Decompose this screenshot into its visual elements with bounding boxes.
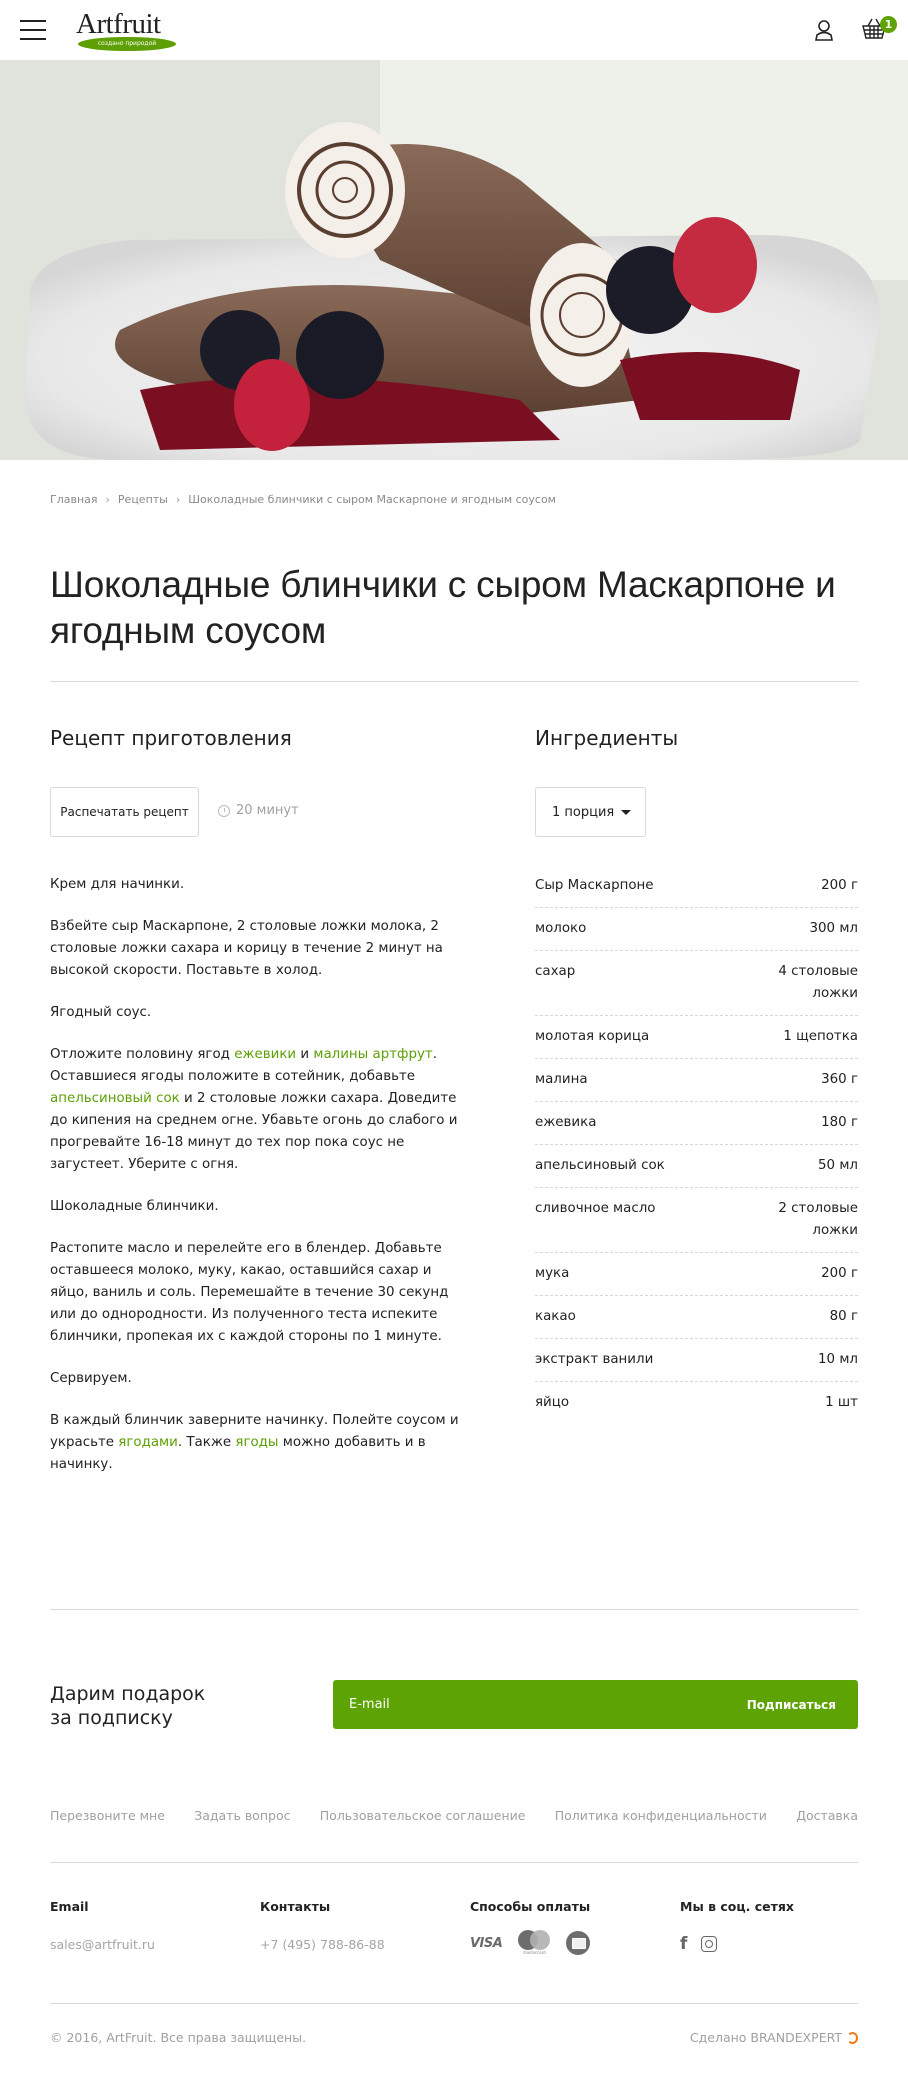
- breadcrumb-separator: ›: [176, 493, 180, 506]
- ingredient-qty: 180 г: [821, 1112, 858, 1134]
- footer-link-delivery[interactable]: Доставка: [796, 1808, 858, 1823]
- ingredient-row: молоко300 мл: [535, 917, 858, 951]
- footer-link-agreement[interactable]: Пользовательское соглашение: [320, 1808, 526, 1823]
- ingredient-qty: 200 г: [821, 1263, 858, 1285]
- recipe-steps: Крем для начинки.Взбейте сыр Маскарпоне,…: [50, 874, 460, 1496]
- ingredients-list: Сыр Маскарпоне200 гмолоко300 млсахар4 ст…: [535, 874, 858, 1433]
- clock-icon: [218, 805, 230, 817]
- divider: [50, 2003, 858, 2004]
- ingredient-qty: 1 шт: [825, 1392, 858, 1414]
- recipe-paragraph: Взбейте сыр Маскарпоне, 2 столовые ложки…: [50, 916, 460, 982]
- ingredient-link[interactable]: ежевики: [234, 1047, 296, 1062]
- divider: [50, 681, 858, 682]
- ingredient-name: сливочное масло: [535, 1198, 655, 1242]
- ingredient-qty: 50 мл: [818, 1155, 858, 1177]
- wallet-icon: [566, 1931, 590, 1955]
- facebook-icon[interactable]: f: [680, 1934, 687, 1954]
- ingredient-name: молоко: [535, 918, 586, 940]
- breadcrumb-current: Шоколадные блинчики с сыром Маскарпоне и…: [188, 493, 556, 506]
- breadcrumb-home[interactable]: Главная: [50, 493, 98, 506]
- ingredient-row: сливочное масло2 столовые ложки: [535, 1197, 858, 1253]
- user-icon[interactable]: [812, 18, 836, 42]
- instagram-icon[interactable]: [701, 1936, 717, 1952]
- ingredient-name: апельсиновый сок: [535, 1155, 665, 1177]
- logo[interactable]: Artfruit создано природой: [74, 10, 178, 52]
- recipe-text: и: [296, 1047, 313, 1062]
- recipe-paragraph: В каждый блинчик заверните начинку. Поле…: [50, 1410, 460, 1476]
- footer-payment-heading: Способы оплаты: [470, 1899, 590, 1914]
- ingredient-qty: 80 г: [830, 1306, 858, 1328]
- breadcrumb-recipes[interactable]: Рецепты: [118, 493, 168, 506]
- subscribe-title-line: за подписку: [50, 1706, 205, 1730]
- page-title: Шоколадные блинчики с сыром Маскарпоне и…: [50, 562, 870, 654]
- ingredient-row: молотая корица1 щепотка: [535, 1025, 858, 1059]
- ingredient-link[interactable]: апельсиновый сок: [50, 1091, 180, 1106]
- mastercard-icon: mastercard: [518, 1930, 550, 1956]
- ingredient-qty: 4 столовые ложки: [778, 961, 858, 1005]
- ingredients-heading: Ингредиенты: [535, 726, 678, 750]
- recipe-paragraph: Отложите половину ягод ежевики и малины …: [50, 1044, 460, 1176]
- subscribe-form: Подписаться: [333, 1680, 858, 1729]
- ingredient-name: яйцо: [535, 1392, 569, 1414]
- ingredient-qty: 1 щепотка: [783, 1026, 858, 1048]
- ingredient-link[interactable]: ягодами: [118, 1435, 178, 1450]
- ingredient-name: какао: [535, 1306, 576, 1328]
- ingredient-name: экстракт ванили: [535, 1349, 653, 1371]
- portion-select[interactable]: 1 порция: [535, 787, 646, 837]
- footer-link-privacy[interactable]: Политика конфиденциальности: [555, 1808, 767, 1823]
- footer-links: Перезвоните мне Задать вопрос Пользовате…: [50, 1808, 858, 1823]
- recipe-paragraph: Шоколадные блинчики.: [50, 1196, 460, 1218]
- hero-image: [0, 60, 908, 460]
- recipe-paragraph: Крем для начинки.: [50, 874, 460, 896]
- ingredient-qty: 300 мл: [810, 918, 858, 940]
- chevron-down-icon: [621, 810, 631, 815]
- footer-email-link[interactable]: sales@artfruit.ru: [50, 1937, 155, 1952]
- ingredient-qty: 200 г: [821, 875, 858, 897]
- footer-phone-link[interactable]: +7 (495) 788-86-88: [260, 1937, 385, 1952]
- cart-count-badge: 1: [880, 16, 897, 33]
- ingredient-qty: 360 г: [821, 1069, 858, 1091]
- ingredient-row: какао80 г: [535, 1305, 858, 1339]
- breadcrumb-separator: ›: [106, 493, 110, 506]
- cook-time: 20 минут: [218, 803, 299, 818]
- ingredient-link[interactable]: малины артфрут: [313, 1047, 432, 1062]
- subscribe-title-line: Дарим подарок: [50, 1682, 205, 1706]
- made-by-text: Сделано BRANDEXPERT: [690, 2030, 842, 2045]
- footer-email: Email sales@artfruit.ru: [50, 1899, 155, 1953]
- ingredient-name: Сыр Маскарпоне: [535, 875, 654, 897]
- footer-link-callback[interactable]: Перезвоните мне: [50, 1808, 165, 1823]
- recipe-heading: Рецепт приготовления: [50, 726, 292, 750]
- ingredient-row: мука200 г: [535, 1262, 858, 1296]
- ingredient-qty: 10 мл: [818, 1349, 858, 1371]
- portion-value: 1 порция: [552, 805, 614, 820]
- recipe-paragraph: Растопите масло и перелейте его в бленде…: [50, 1238, 460, 1348]
- footer-link-question[interactable]: Задать вопрос: [194, 1808, 290, 1823]
- copyright: © 2016, ArtFruit. Все права защищены.: [50, 2030, 306, 2045]
- email-input[interactable]: [349, 1680, 699, 1729]
- recipe-text: . Также: [178, 1435, 236, 1450]
- breadcrumb: Главная›Рецепты›Шоколадные блинчики с сы…: [50, 493, 556, 506]
- logo-text: Artfruit: [76, 8, 161, 41]
- recipe-paragraph: Сервируем.: [50, 1368, 460, 1390]
- ingredient-row: экстракт ванили10 мл: [535, 1348, 858, 1382]
- ingredient-row: яйцо1 шт: [535, 1391, 858, 1424]
- made-by-link[interactable]: Сделано BRANDEXPERT: [690, 2030, 858, 2045]
- divider: [50, 1862, 858, 1863]
- subscribe-button[interactable]: Подписаться: [747, 1680, 836, 1729]
- ingredient-row: Сыр Маскарпоне200 г: [535, 874, 858, 908]
- ingredient-name: сахар: [535, 961, 575, 1005]
- footer-email-heading: Email: [50, 1899, 155, 1914]
- ingredient-row: малина360 г: [535, 1068, 858, 1102]
- ingredient-name: мука: [535, 1263, 569, 1285]
- recipe-text: Отложите половину ягод: [50, 1047, 234, 1062]
- footer-contacts-heading: Контакты: [260, 1899, 385, 1914]
- visa-icon: VISA: [470, 1936, 502, 1951]
- footer-payment: Способы оплаты VISA mastercard: [470, 1899, 590, 1956]
- menu-icon[interactable]: [20, 20, 46, 40]
- footer-social: Мы в соц. сетях f: [680, 1899, 794, 1954]
- subscribe-title: Дарим подарок за подписку: [50, 1682, 205, 1730]
- brandexpert-logo-icon: [847, 2032, 858, 2044]
- cook-time-value: 20 минут: [236, 803, 299, 818]
- recipe-paragraph: Ягодный соус.: [50, 1002, 460, 1024]
- ingredient-row: апельсиновый сок50 мл: [535, 1154, 858, 1188]
- ingredient-name: малина: [535, 1069, 588, 1091]
- ingredient-qty: 2 столовые ложки: [778, 1198, 858, 1242]
- divider: [50, 1609, 858, 1610]
- site-header: Artfruit создано природой 1: [0, 0, 908, 60]
- logo-tagline: создано природой: [78, 37, 176, 51]
- footer-social-heading: Мы в соц. сетях: [680, 1899, 794, 1914]
- ingredient-name: ежевика: [535, 1112, 596, 1134]
- ingredient-row: сахар4 столовые ложки: [535, 960, 858, 1016]
- ingredient-link[interactable]: ягоды: [235, 1435, 278, 1450]
- ingredient-name: молотая корица: [535, 1026, 649, 1048]
- ingredient-row: ежевика180 г: [535, 1111, 858, 1145]
- footer-contacts: Контакты +7 (495) 788-86-88: [260, 1899, 385, 1953]
- print-recipe-button[interactable]: Распечатать рецепт: [50, 787, 199, 837]
